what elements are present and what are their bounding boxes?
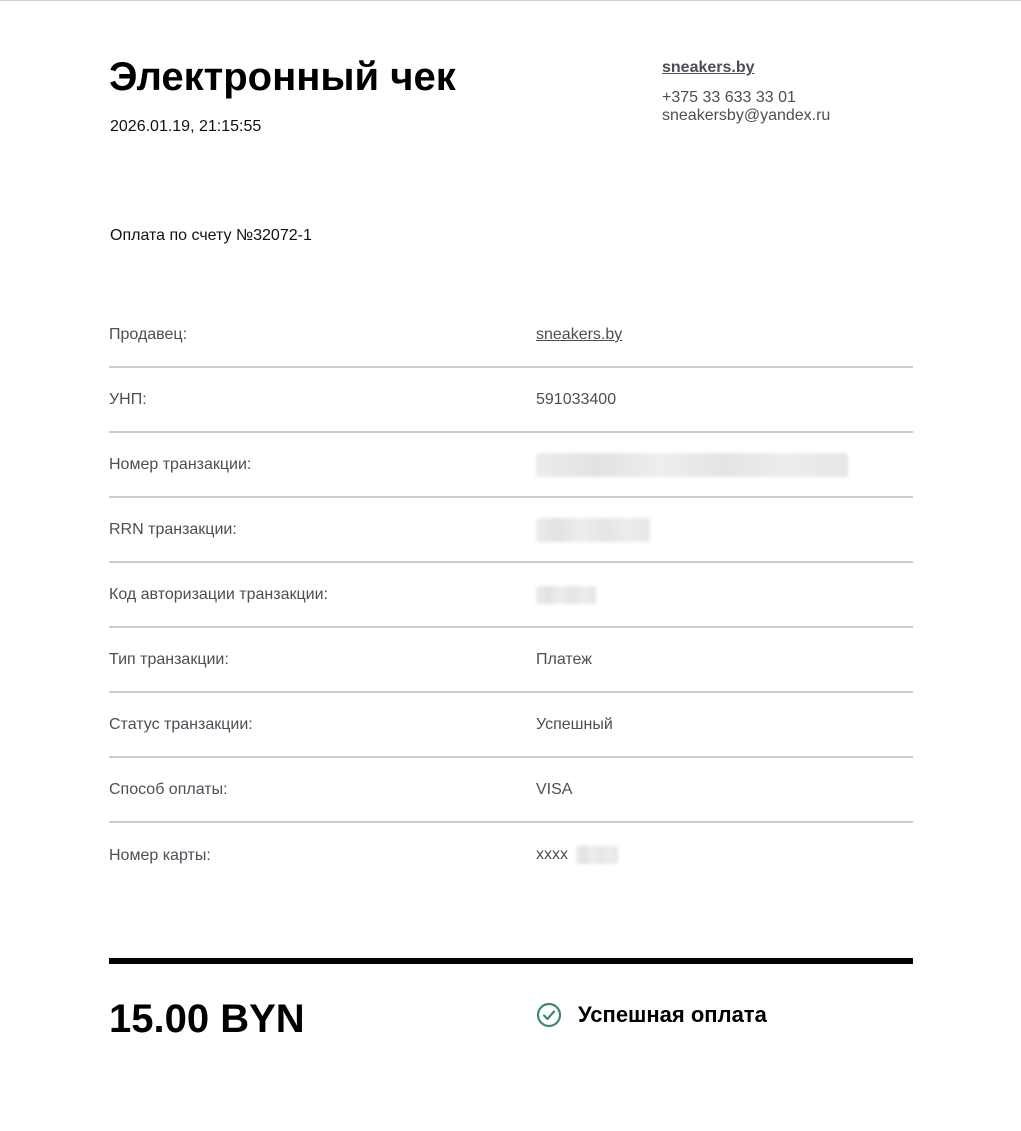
transaction-details: Продавец: sneakers.by УНП: 591033400 Ном… bbox=[109, 304, 913, 888]
receipt-datetime: 2026.01.19, 21:15:55 bbox=[110, 118, 261, 136]
detail-label: Код авторизации транзакции: bbox=[109, 586, 536, 604]
detail-row-transaction-status: Статус транзакции: Успешный bbox=[109, 693, 913, 758]
detail-label: Номер карты: bbox=[109, 847, 536, 865]
detail-label: Номер транзакции: bbox=[109, 456, 536, 474]
total-amount: 15.00 BYN bbox=[109, 995, 305, 1043]
payment-status: Успешная оплата bbox=[536, 1002, 767, 1028]
detail-label: Тип транзакции: bbox=[109, 651, 536, 669]
card-number-value: xxxx bbox=[536, 846, 618, 864]
transaction-number-redacted bbox=[536, 453, 848, 477]
transaction-status-value: Успешный bbox=[536, 716, 613, 734]
seller-link[interactable]: sneakers.by bbox=[536, 326, 622, 344]
transaction-type-value: Платеж bbox=[536, 651, 592, 669]
payment-method-value: VISA bbox=[536, 781, 572, 799]
merchant-info: sneakers.by +375 33 633 33 01 sneakersby… bbox=[662, 59, 830, 125]
payment-status-text: Успешная оплата bbox=[578, 1002, 767, 1028]
unp-value: 591033400 bbox=[536, 391, 616, 409]
payment-description: Оплата по счету №32072-1 bbox=[110, 227, 312, 245]
merchant-link[interactable]: sneakers.by bbox=[662, 59, 830, 77]
rrn-redacted bbox=[536, 518, 650, 542]
page-title: Электронный чек bbox=[109, 53, 456, 101]
auth-code-redacted bbox=[536, 586, 596, 604]
detail-row-unp: УНП: 591033400 bbox=[109, 368, 913, 433]
detail-row-transaction-type: Тип транзакции: Платеж bbox=[109, 628, 913, 693]
summary-divider bbox=[109, 958, 913, 964]
detail-label: УНП: bbox=[109, 391, 536, 409]
detail-row-transaction-number: Номер транзакции: bbox=[109, 433, 913, 498]
check-circle-icon bbox=[536, 1002, 562, 1028]
detail-row-seller: Продавец: sneakers.by bbox=[109, 304, 913, 368]
detail-label: Статус транзакции: bbox=[109, 716, 536, 734]
card-number-redacted bbox=[576, 846, 618, 864]
merchant-phone: +375 33 633 33 01 bbox=[662, 89, 830, 107]
merchant-email: sneakersby@yandex.ru bbox=[662, 107, 830, 125]
detail-row-auth-code: Код авторизации транзакции: bbox=[109, 563, 913, 628]
card-number-mask: xxxx bbox=[536, 847, 568, 864]
detail-row-card-number: Номер карты: xxxx bbox=[109, 823, 913, 888]
detail-label: Способ оплаты: bbox=[109, 781, 536, 799]
detail-label: RRN транзакции: bbox=[109, 521, 536, 539]
detail-row-payment-method: Способ оплаты: VISA bbox=[109, 758, 913, 823]
detail-label: Продавец: bbox=[109, 326, 536, 344]
detail-row-rrn: RRN транзакции: bbox=[109, 498, 913, 563]
